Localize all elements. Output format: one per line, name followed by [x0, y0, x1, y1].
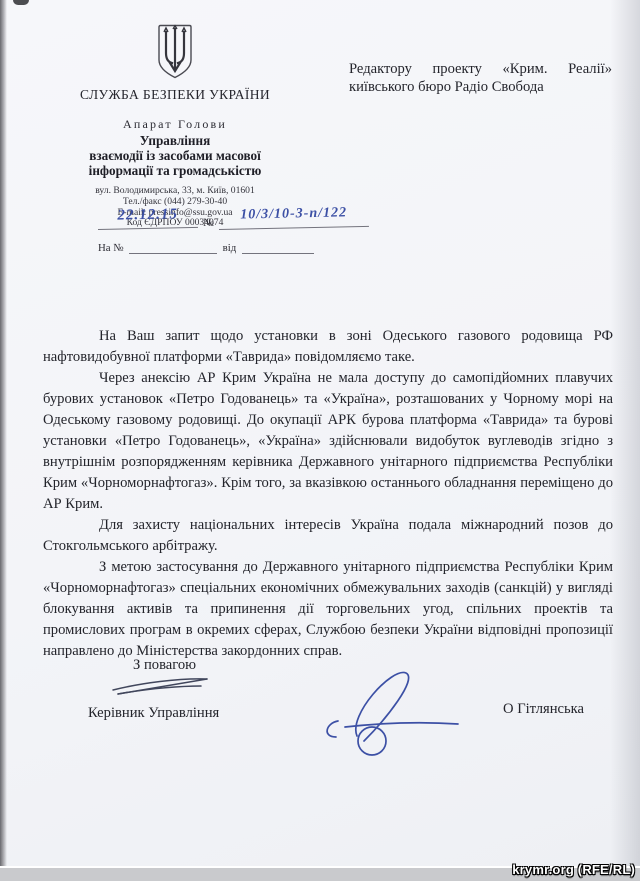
ukraine-trident-shield-icon: [155, 24, 195, 80]
org-apparatus: Апарат Голови: [40, 117, 310, 132]
salutation: З повагою: [133, 657, 196, 674]
paragraph-3: Для захисту національних інтересів Украї…: [43, 515, 613, 557]
letterhead: СЛУЖБА БЕЗПЕКИ УКРАЇНИ Апарат Голови Упр…: [40, 24, 310, 229]
handwritten-number: 10/3/10-3-п/122: [219, 205, 369, 230]
reply-from-label: від: [223, 242, 237, 254]
scan-corner-mark: [13, 0, 29, 5]
reference-block: 22.12.15 № 10/3/10-3-п/122 На № від: [98, 208, 388, 254]
reply-label: На №: [98, 242, 124, 254]
reply-number-blank: [129, 239, 217, 254]
recipient-line-2: київського бюро Радіо Свобода: [349, 79, 612, 97]
watermark-credit: krymr.org (RFE/RL): [512, 862, 635, 877]
reply-date-blank: [242, 239, 314, 254]
number-sign: №: [203, 217, 214, 230]
letter-body: На Ваш запит щодо установки в зоні Одесь…: [43, 326, 613, 662]
paragraph-4: З метою застосування до Державного уніта…: [43, 557, 613, 662]
paragraph-2: Через анексію АР Крим Україна не мала до…: [43, 368, 613, 515]
reference-row-reply: На № від: [98, 239, 388, 254]
reference-row-date-number: 22.12.15 № 10/3/10-3-п/122: [98, 208, 388, 230]
scan-edge-left: [0, 0, 7, 869]
handwritten-date: 22.12.15: [98, 206, 198, 230]
signature-ink: [300, 653, 460, 763]
signer-name: О Гітлянська: [503, 701, 584, 718]
dept-line-1: Управління: [40, 134, 310, 149]
dept-line-3: інформації та громадськістю: [40, 164, 310, 179]
recipient-line-1: Редактору проекту «Крим. Реалії»: [349, 61, 612, 79]
paragraph-1: На Ваш запит щодо установки в зоні Одесь…: [43, 326, 613, 368]
scanned-letter-page: СЛУЖБА БЕЗПЕКИ УКРАЇНИ Апарат Голови Упр…: [0, 0, 640, 881]
dept-line-2: взаємодії із засобами масової: [40, 149, 310, 164]
org-name: СЛУЖБА БЕЗПЕКИ УКРАЇНИ: [40, 87, 310, 103]
salutation-flourish-ink: [111, 675, 211, 697]
recipient-block: Редактору проекту «Крим. Реалії» київськ…: [349, 61, 612, 96]
signer-title: Керівник Управління: [88, 705, 219, 722]
scan-edge-right: [610, 0, 640, 869]
